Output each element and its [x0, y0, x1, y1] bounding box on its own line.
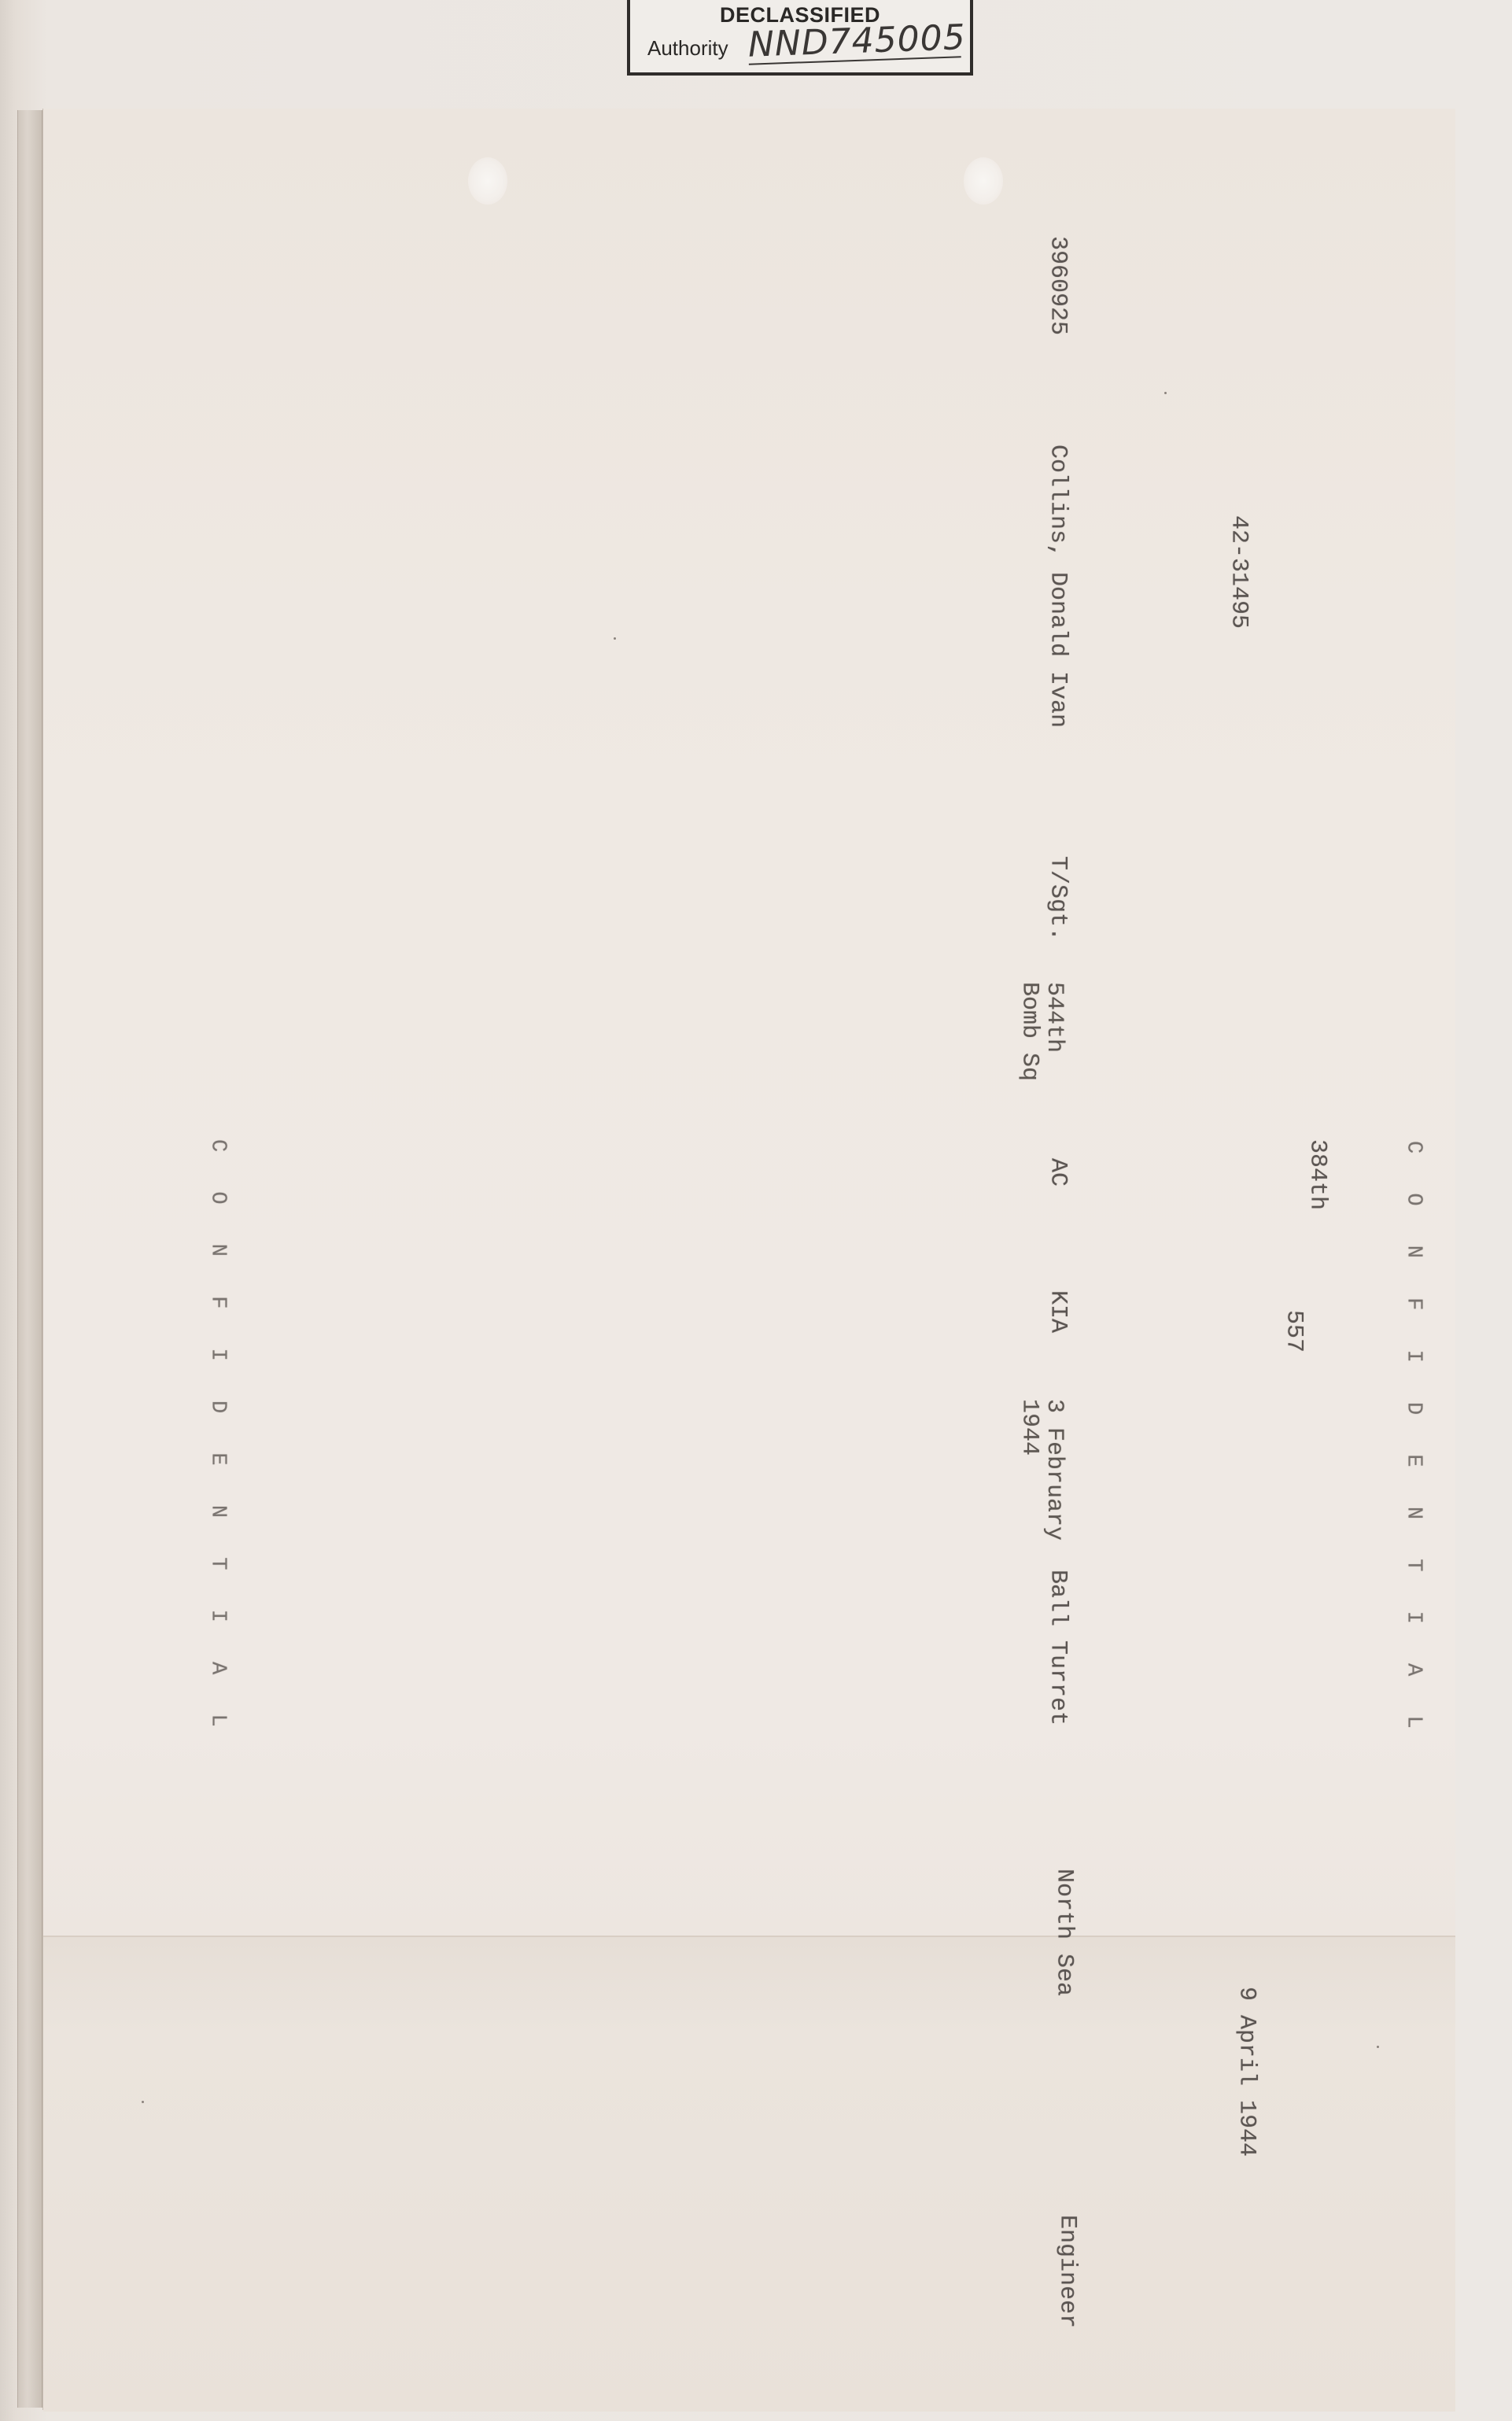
aircraft-serial: 42-31495 [1226, 515, 1251, 629]
right-margin [1455, 0, 1512, 2421]
classification-top: C O N F I D E N T I A L [1402, 1141, 1424, 1742]
classification-bottom: C O N F I D E N T I A L [206, 1139, 228, 1740]
record-unit-line1: 544th [1042, 982, 1067, 1081]
paper-speck [1377, 2046, 1379, 2048]
record-date: 3 February 1944 [1016, 1399, 1066, 1541]
record-unit-line2: Bomb Sq [1016, 982, 1042, 1081]
record-location: North Sea [1051, 1869, 1076, 1996]
punch-hole-left [468, 157, 507, 205]
record-unit: 544th Bomb Sq [1016, 982, 1066, 1081]
report-number: 557 [1281, 1310, 1306, 1353]
paper-speck [1164, 392, 1167, 394]
punch-hole-right [964, 157, 1003, 205]
group-number: 384th [1304, 1139, 1329, 1210]
record-name: Collins, Donald Ivan [1045, 445, 1070, 728]
record-status: KIA [1045, 1290, 1070, 1333]
record-branch: AC [1045, 1158, 1070, 1187]
record-serial-number: 3960925 [1045, 236, 1070, 335]
record-position: Ball Turret [1045, 1570, 1070, 1725]
record-rank: T/Sgt. [1045, 856, 1070, 941]
document-date: 9 April 1944 [1234, 1987, 1259, 2157]
record-date-line2: 1944 [1016, 1399, 1042, 1541]
stamp-authority-value: NND745005 [747, 20, 961, 65]
stamp-authority-label: Authority [647, 36, 728, 61]
underlying-pages-edge [17, 110, 42, 2408]
paper-speck [614, 637, 616, 640]
paper-speck [142, 2101, 144, 2103]
record-duty: Engineer [1054, 2215, 1079, 2328]
declassified-stamp: DECLASSIFIED Authority NND745005 [627, 0, 973, 76]
record-date-line1: 3 February [1042, 1399, 1067, 1541]
